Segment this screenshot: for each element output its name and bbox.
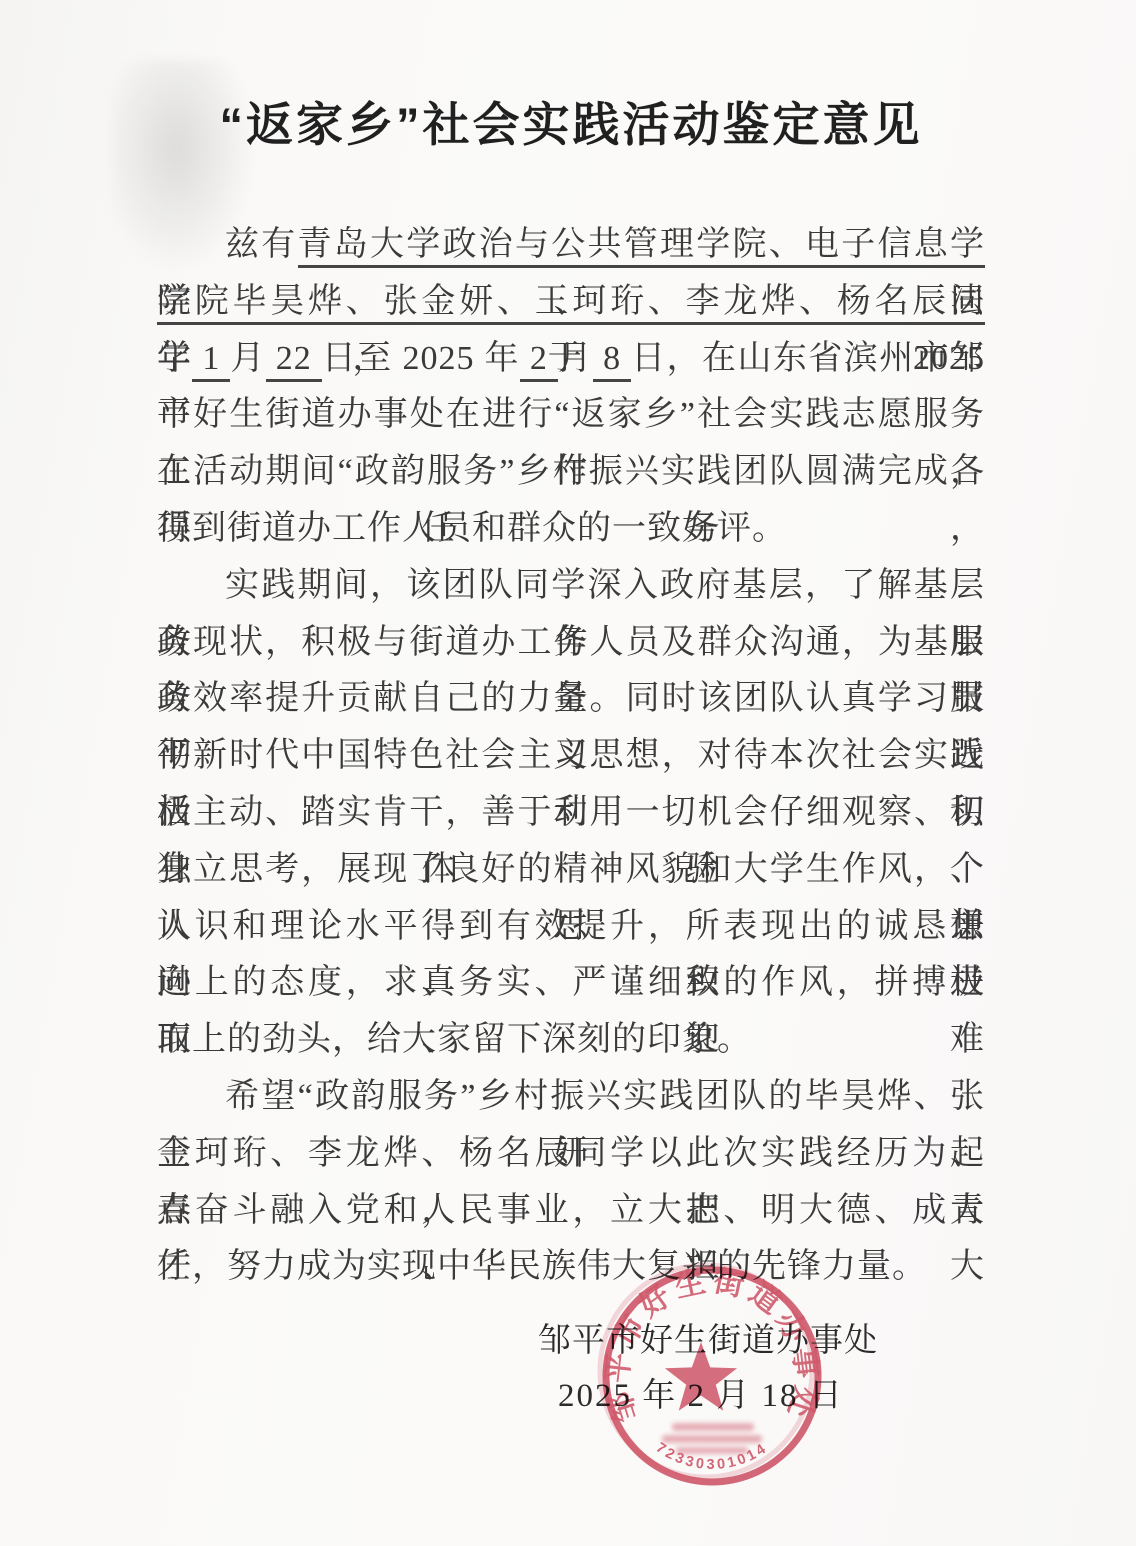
text-segment: 月 — [558, 340, 593, 377]
text-segment: 日至 2025 年 — [322, 340, 520, 377]
doc-line: 学院毕昊烨、张金妍、王珂珩、李龙烨、杨名辰同学，于 2025 — [157, 274, 985, 331]
underlined-text: 2 — [520, 340, 558, 382]
doc-line: 市好生街道办事处在进行“返家乡”社会实践志愿服务工作， — [157, 387, 985, 444]
text-segment: 月 — [230, 340, 265, 377]
underlined-text: 8 — [593, 340, 631, 382]
doc-line: 在活动期间“政韵服务”乡村振兴实践团队圆满完成各项任务， — [157, 444, 985, 501]
document-title: “返家乡”社会实践活动鉴定意见 — [157, 94, 985, 155]
doc-line: 王珂珩、李龙烨、杨名辰同学以此次实践经历为起点，把青 — [157, 1126, 985, 1183]
doc-line: 希望“政韵服务”乡村振兴实践团队的毕昊烨、张金妍、 — [157, 1069, 985, 1126]
scanned-document-page: “返家乡”社会实践活动鉴定意见 兹有青岛大学政治与公共管理学院、电子信息学院、法… — [0, 0, 1136, 1546]
official-seal: 邹平市好生街道办事处 3723303010140 — [596, 1260, 828, 1492]
seal-star-icon — [665, 1342, 737, 1411]
doc-line: 向上的态度，求真务实、严谨细致的作风，拼搏进取、迎难 — [157, 955, 985, 1012]
text-segment: 兹有 — [225, 226, 298, 263]
text-segment: 而上的劲头，给大家留下深刻的印象。 — [157, 1021, 752, 1058]
doc-line: 极主动、踏实肯干，善于利用一切机会仔细观察、切身体验、 — [157, 785, 985, 842]
doc-line: 独立思考，展现了良好的精神风貌和大学生作风，个人思想 — [157, 842, 985, 899]
doc-line: 兹有青岛大学政治与公共管理学院、电子信息学院、法 — [157, 217, 985, 274]
underlined-text: 22 — [266, 340, 322, 382]
doc-line: 年 1 月 22 日至 2025 年 2 月 8 日，在山东省滨州市邹平 — [157, 331, 985, 388]
underlined-text: 1 — [192, 340, 230, 382]
doc-line: 认识和理论水平得到有效提升，所表现出的诚恳谦逊、积极 — [157, 899, 985, 956]
doc-line: 实践期间，该团队同学深入政府基层，了解基层政务服 — [157, 558, 985, 615]
doc-line: 任，努力成为实现中华民族伟大复兴的先锋力量。 — [157, 1239, 985, 1296]
text-segment: 得到街道办工作人员和群众的一致好评。 — [157, 510, 787, 547]
doc-line: 平新时代中国特色社会主义思想，对待本次社会实践活动积 — [157, 728, 985, 785]
doc-line: 春奋斗融入党和人民事业，立大志、明大德、成大才、担大 — [157, 1183, 985, 1240]
doc-line: 务现状，积极与街道办工作人员及群众沟通，为基层政务服 — [157, 615, 985, 672]
document-content: “返家乡”社会实践活动鉴定意见 兹有青岛大学政治与公共管理学院、电子信息学院、法… — [157, 94, 985, 1296]
text-segment: 年 — [157, 340, 192, 377]
doc-line: 务效率提升贡献自己的力量。同时该团队认真学习贯彻习近 — [157, 671, 985, 728]
underlined-text: 学院毕昊烨、张金妍、王珂珩、李龙烨、杨名辰 — [157, 283, 950, 325]
document-body: 兹有青岛大学政治与公共管理学院、电子信息学院、法学院毕昊烨、张金妍、王珂珩、李龙… — [157, 217, 985, 1296]
